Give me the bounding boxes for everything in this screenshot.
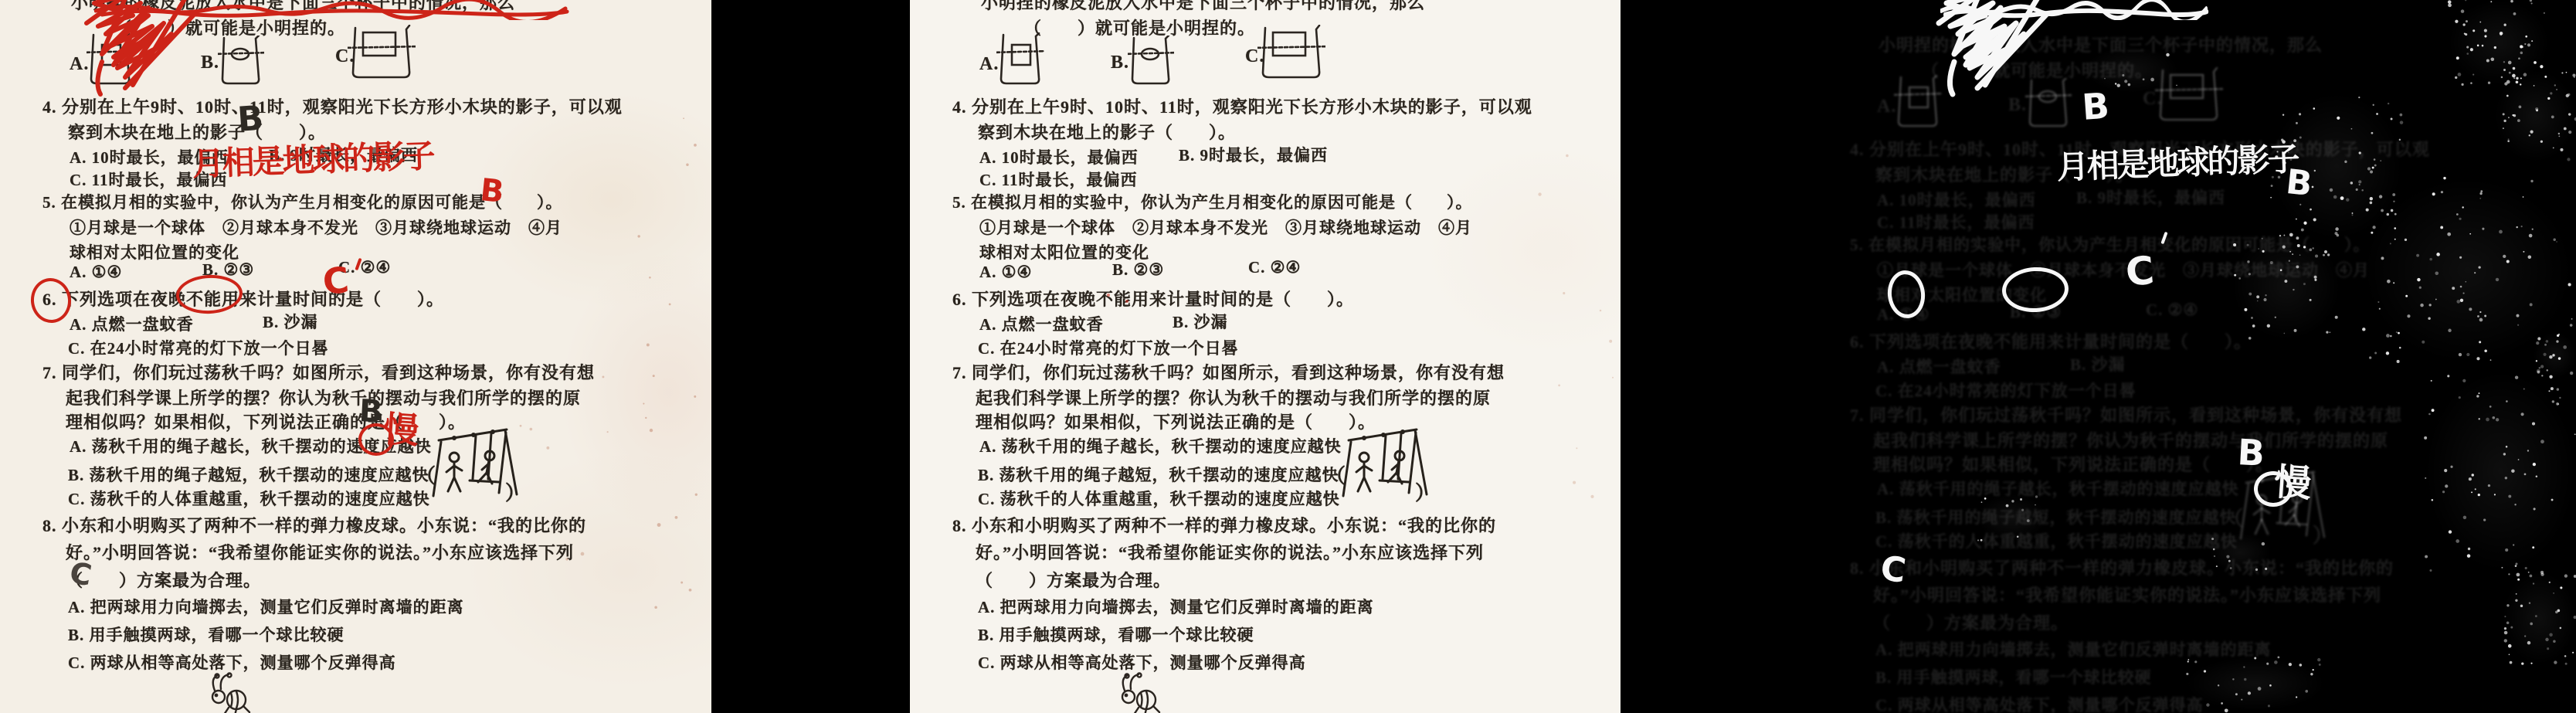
doc-line: C. 荡秋千的人体重越重，秋千摆动的速度应越快 — [978, 487, 1340, 510]
swing-illustration — [431, 423, 520, 506]
red-answer-q6: C — [321, 262, 351, 300]
doc-line: B. 用手触摸两球，看哪一个球比较硬 — [68, 623, 344, 646]
doc-line: B. 用手触摸两球，看哪一个球比较硬 — [978, 623, 1254, 646]
doc-line: A. 点燃一盘蚊香 — [979, 312, 1104, 335]
doc-line: （ ）方案最为合理。 — [976, 568, 1171, 592]
doc-line: C. 荡秋千的人体重越重，秋千摆动的速度应越快 — [68, 487, 430, 510]
doc-line: B. 沙漏 — [1173, 310, 1228, 333]
doc-line: B. 荡秋千用的绳子越短，秋千摆动的速度应越快 — [68, 463, 429, 486]
red-wavy-underline — [94, 0, 573, 24]
beaker-diagram-b — [1128, 36, 1174, 92]
handwritten-answer-q7: B — [358, 396, 384, 428]
scan-comparison-canvas: 小明捏的橡皮泥放入水中是下面三个杯子中的情况，那么（ ）就可能是小明捏的。4. … — [0, 0, 2576, 713]
doc-line: C. 11时最长，最偏西 — [979, 168, 1138, 191]
doc-line: 好。”小明回答说：“我希望你能证实你的说法。”小东应该选择下列 — [976, 540, 1484, 564]
doc-line: 5. 在模拟月相的实验中，你认为产生月相变化的原因可能是（ ）。 — [952, 190, 1473, 213]
panel-left-annotated-scan: 小明捏的橡皮泥放入水中是下面三个杯子中的情况，那么（ ）就可能是小明捏的。4. … — [0, 0, 711, 713]
beaker-diagram-c — [348, 25, 416, 86]
doc-line: A. 把两球用力向墙掷去，测量它们反弹时离墙的距离 — [978, 595, 1374, 618]
red-circle-question-number — [29, 276, 73, 324]
doc-line: A. 点燃一盘蚊香 — [70, 312, 194, 335]
doc-line: A. 10时最长，最偏西 — [979, 145, 1139, 168]
doc-line: 好。”小明回答说：“我希望你能证实你的说法。”小东应该选择下列 — [66, 540, 574, 564]
doc-line: C. ②④ — [1248, 258, 1301, 277]
beaker-diagram-b — [218, 36, 264, 92]
doc-line: 察到木块在地上的影子（ ）。 — [978, 120, 1236, 144]
doc-line: B. ②③ — [1112, 260, 1164, 280]
doc-line: 小明捏的橡皮泥放入水中是下面三个杯子中的情况，那么 — [981, 0, 1425, 14]
swing-illustration — [1341, 423, 1430, 506]
doc-line: A. 把两球用力向墙掷去，测量它们反弹时离墙的距离 — [68, 595, 464, 618]
beaker-label: B. — [1111, 53, 1129, 73]
doc-line: 理相似吗？如果相似，下列说法正确的是（ ）。 — [976, 409, 1376, 433]
panel-right-difference-image — [1627, 0, 2576, 713]
doc-line: 4. 分别在上午9时、10时、11时，观察阳光下长方形小木块的影子，可以观 — [952, 94, 1532, 118]
bug-doodle — [1115, 671, 1165, 713]
doc-line: 7. 同学们，你们玩过荡秋千吗？如图所示，看到这种场景，你有没有想 — [42, 360, 595, 384]
doc-line: 6. 下列选项在夜晚不能用来计量时间的是（ ）。 — [42, 287, 444, 311]
panel-middle-clean-scan: 小明捏的橡皮泥放入水中是下面三个杯子中的情况，那么（ ）就可能是小明捏的。4. … — [910, 0, 1621, 713]
doc-line: A. ①④ — [70, 263, 122, 282]
doc-line: C. 在24小时常亮的灯下放一个日晷 — [978, 336, 1239, 359]
doc-line: 7. 同学们，你们玩过荡秋千吗？如图所示，看到这种场景，你有没有想 — [952, 360, 1505, 384]
bug-doodle — [205, 671, 255, 713]
doc-line: 起我们科学课上所学的摆？你认为秋千的摆动与我们所学的摆的原 — [66, 385, 581, 409]
doc-line: B. 9时最长，最偏西 — [1179, 143, 1328, 166]
doc-line: B. 沙漏 — [263, 310, 318, 333]
doc-line: 起我们科学课上所学的摆？你认为秋千的摆动与我们所学的摆的原 — [976, 385, 1491, 409]
doc-line: A. ①④ — [979, 263, 1032, 282]
handwritten-answer-q4: B — [236, 102, 265, 138]
doc-line: 8. 小东和小明购买了两种不一样的弹力橡皮球。小东说：“我的比你的 — [952, 513, 1496, 537]
doc-line: 6. 下列选项在夜晚不能用来计量时间的是（ ）。 — [952, 287, 1354, 311]
doc-line: 8. 小东和小明购买了两种不一样的弹力橡皮球。小东说：“我的比你的 — [42, 513, 586, 537]
beaker-diagram-c — [1257, 25, 1325, 86]
doc-line: C. 在24小时常亮的灯下放一个日晷 — [68, 336, 329, 359]
doc-line: B. 荡秋千用的绳子越短，秋千摆动的速度应越快 — [978, 463, 1339, 486]
beaker-diagram-a — [996, 32, 1044, 92]
red-note-slow: 慢 — [382, 411, 420, 449]
red-note-moon-phase: 月相是地球的影子 — [192, 140, 433, 181]
doc-line: A. 荡秋千用的绳子越长，秋千摆动的速度应越快 — [979, 434, 1342, 457]
red-answer-q5: B — [479, 175, 506, 208]
doc-line: （ ）方案最为合理。 — [66, 568, 261, 592]
doc-line: ①月球是一个球体 ②月球本身不发光 ③月球绕地球运动 ④月 — [70, 216, 562, 239]
doc-line: ①月球是一个球体 ②月球本身不发光 ③月球绕地球运动 ④月 — [979, 216, 1472, 239]
doc-line: 察到木块在地上的影子（ ）。 — [68, 120, 326, 144]
